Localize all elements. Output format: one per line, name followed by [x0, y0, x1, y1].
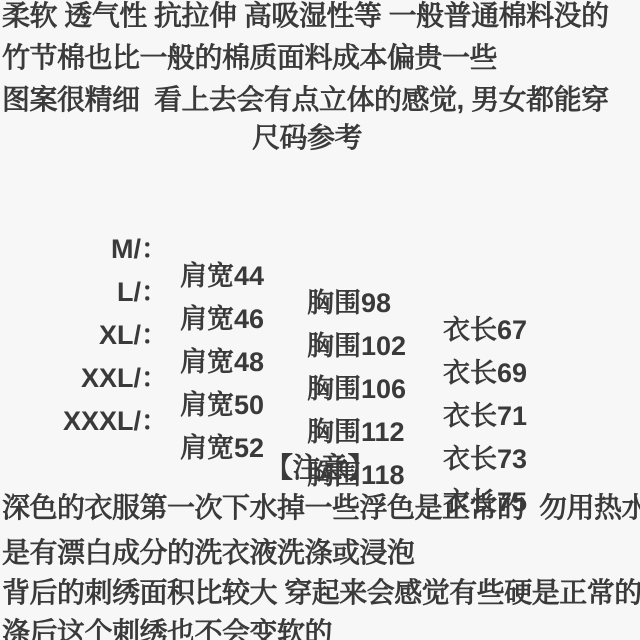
size-row-xxl: XXL/： 肩宽50 胸围112 衣长73: [0, 338, 640, 366]
notice-line-bleach: 是有漂白成分的洗衣液洗涤或浸泡: [2, 539, 415, 567]
notice-heading: 【注意】: [0, 454, 640, 482]
size-row-xxxl: XXXL/： 肩宽52 胸围118 衣长75: [0, 381, 640, 409]
notice-line-embroidery-wash: 涤后这个刺绣也不会变软的: [2, 619, 332, 640]
product-description-page: 柔软 透气性 抗拉伸 高吸湿性等 一般普通棉料没的 竹节棉也比一般的棉质面料成本…: [0, 0, 640, 640]
size-reference-heading: 尺码参考: [0, 124, 627, 152]
chest-value: 胸围112: [307, 419, 405, 446]
size-row-l: L/： 肩宽46 胸围102 衣长69: [0, 252, 640, 280]
notice-line-embroidery: 背后的刺绣面积比较大 穿起来会感觉有些硬是正常的: [2, 579, 640, 607]
notice-line-dark-colors: 深色的衣服第一次下水掉一些浮色是正常的 勿用热水: [2, 494, 640, 522]
intro-line-fabric-cost: 竹节棉也比一般的棉质面料成本偏贵一些: [2, 44, 497, 72]
size-row-m: M/： 肩宽44 胸围98 衣长67: [0, 209, 640, 237]
intro-line-fabric-features: 柔软 透气性 抗拉伸 高吸湿性等 一般普通棉料没的: [2, 2, 609, 30]
size-label: XXXL/：: [0, 408, 168, 435]
intro-line-pattern: 图案很精细 看上去会有点立体的感觉, 男女都能穿: [2, 86, 609, 114]
size-row-xl: XL/： 肩宽48 胸围106 衣长71: [0, 295, 640, 323]
